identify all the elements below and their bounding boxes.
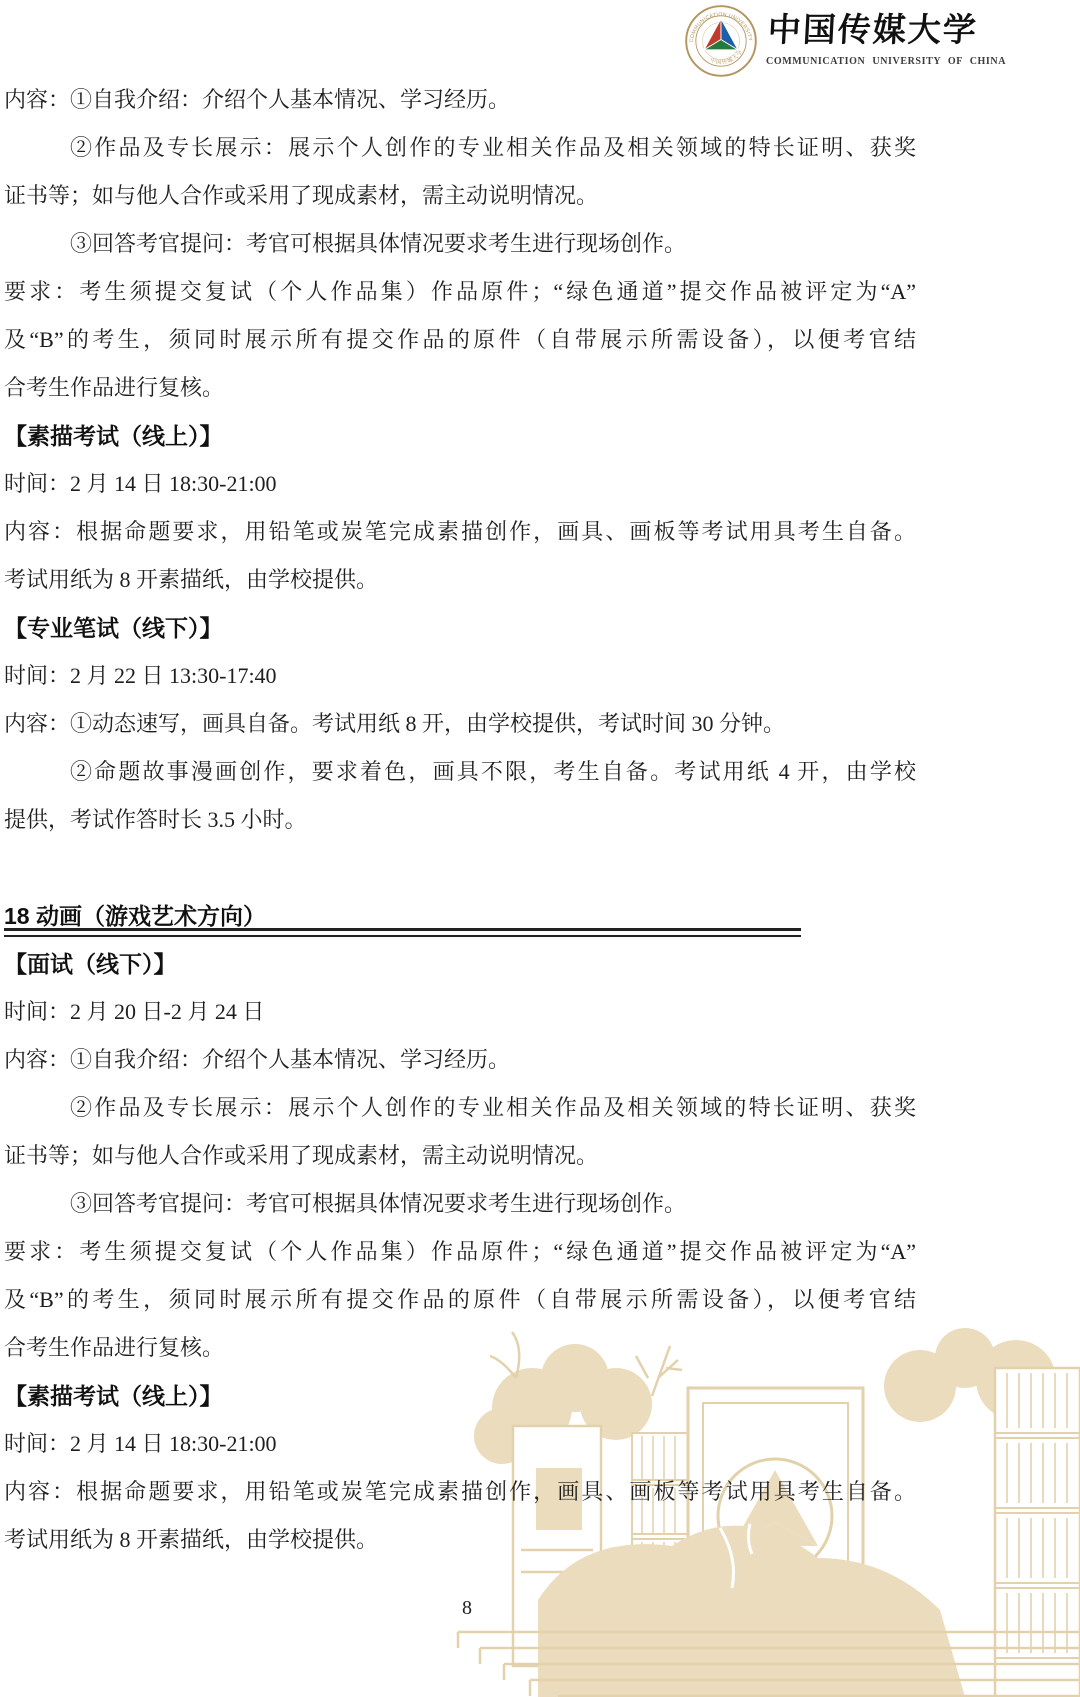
text-line-content: 【专业笔试（线下）】 [4,615,223,641]
text-line-content: ③回答考官提问：考官可根据具体情况要求考生进行现场创作。 [70,231,686,256]
text-line-content: 内容：①动态速写，画具自备。考试用纸 8 开，由学校提供，考试时间 30 分钟。 [4,711,785,736]
text-line-content: 18 动画（游戏艺术方向） [4,903,266,929]
text-line-content: 证书等；如与他人合作或采用了现成素材，需主动说明情况。 [4,183,598,208]
section-divider-rule [4,928,801,937]
text-line: ③回答考官提问：考官可根据具体情况要求考生进行现场创作。 [4,220,916,268]
section-heading: 18 动画（游戏艺术方向） [4,892,916,940]
text-line: 时间：2 月 22 日 13:30-17:40 [4,652,916,700]
text-line-content: 考试用纸为 8 开素描纸，由学校提供。 [4,1527,378,1552]
text-line-content: 内容：根据命题要求，用铅笔或炭笔完成素描创作，画具、画板等考试用具考生自备。 [4,519,916,544]
text-line: 要求：考生须提交复试（个人作品集）作品原件；“绿色通道”提交作品被评定为“A” [4,268,916,316]
text-line: 证书等；如与他人合作或采用了现成素材，需主动说明情况。 [4,172,916,220]
text-line-content: 内容：根据命题要求，用铅笔或炭笔完成素描创作，画具、画板等考试用具考生自备。 [4,1479,916,1504]
text-line-content: 提供，考试作答时长 3.5 小时。 [4,807,307,832]
university-name-cn: 中国传媒大学 [767,4,979,50]
text-line: 合考生作品进行复核。 [4,1324,916,1372]
document-page: COMMUNICATION UNIVERSITY OF CHINA 中国传媒大学… [0,0,1080,1697]
text-line: 内容：根据命题要求，用铅笔或炭笔完成素描创作，画具、画板等考试用具考生自备。 [4,508,916,556]
exam-heading: 【面试（线下）】 [4,940,916,988]
text-line: ②命题故事漫画创作，要求着色，画具不限，考生自备。考试用纸 4 开，由学校 [4,748,916,796]
exam-heading: 【素描考试（线上）】 [4,1372,916,1420]
text-line-content: 时间：2 月 22 日 13:30-17:40 [4,663,277,688]
text-line: 证书等；如与他人合作或采用了现成素材，需主动说明情况。 [4,1132,916,1180]
text-line-content: 及“B”的考生，须同时展示所有提交作品的原件（自带展示所需设备），以便考官结 [4,1287,916,1312]
text-line-content: 证书等；如与他人合作或采用了现成素材，需主动说明情况。 [4,1143,598,1168]
text-line-content: 时间：2 月 14 日 18:30-21:00 [4,471,277,496]
text-line: 时间：2 月 14 日 18:30-21:00 [4,1420,916,1468]
university-name-en: COMMUNICATION UNIVERSITY OF CHINA [766,56,1006,67]
text-line-content: ②作品及专长展示：展示个人创作的专业相关作品及相关领域的特长证明、获奖 [70,135,916,160]
text-line-content: 时间：2 月 20 日-2 月 24 日 [4,999,264,1024]
text-line: 及“B”的考生，须同时展示所有提交作品的原件（自带展示所需设备），以便考官结 [4,316,916,364]
text-line-content: 合考生作品进行复核。 [4,1335,224,1360]
text-line-content: ③回答考官提问：考官可根据具体情况要求考生进行现场创作。 [70,1191,686,1216]
text-line: 内容：①动态速写，画具自备。考试用纸 8 开，由学校提供，考试时间 30 分钟。 [4,700,916,748]
text-line: 要求：考生须提交复试（个人作品集）作品原件；“绿色通道”提交作品被评定为“A” [4,1228,916,1276]
text-line: ②作品及专长展示：展示个人创作的专业相关作品及相关领域的特长证明、获奖 [4,124,916,172]
text-line-content: 内容：①自我介绍：介绍个人基本情况、学习经历。 [4,87,510,112]
text-line: 提供，考试作答时长 3.5 小时。 [4,796,916,844]
university-logo: COMMUNICATION UNIVERSITY OF CHINA 中国传媒大学… [684,2,980,82]
text-line: 考试用纸为 8 开素描纸，由学校提供。 [4,556,916,604]
text-line-content: 合考生作品进行复核。 [4,375,224,400]
text-line: 内容：①自我介绍：介绍个人基本情况、学习经历。 [4,76,916,124]
text-line: 时间：2 月 20 日-2 月 24 日 [4,988,916,1036]
text-line-content: 考试用纸为 8 开素描纸，由学校提供。 [4,567,378,592]
text-line: ③回答考官提问：考官可根据具体情况要求考生进行现场创作。 [4,1180,916,1228]
text-line: 考试用纸为 8 开素描纸，由学校提供。 [4,1516,916,1564]
university-emblem-icon: COMMUNICATION UNIVERSITY OF CHINA 中国传媒大学 [684,4,758,78]
text-line-content: ②作品及专长展示：展示个人创作的专业相关作品及相关领域的特长证明、获奖 [70,1095,916,1120]
document-lines: 内容：①自我介绍：介绍个人基本情况、学习经历。②作品及专长展示：展示个人创作的专… [4,76,916,1564]
exam-heading: 【专业笔试（线下）】 [4,604,916,652]
blank-line [4,844,916,892]
exam-heading: 【素描考试（线上）】 [4,412,916,460]
text-line: 内容：①自我介绍：介绍个人基本情况、学习经历。 [4,1036,916,1084]
text-line-content: ②命题故事漫画创作，要求着色，画具不限，考生自备。考试用纸 4 开，由学校 [70,759,916,784]
text-line: 内容：根据命题要求，用铅笔或炭笔完成素描创作，画具、画板等考试用具考生自备。 [4,1468,916,1516]
text-line-content: 及“B”的考生，须同时展示所有提交作品的原件（自带展示所需设备），以便考官结 [4,327,916,352]
text-line: 合考生作品进行复核。 [4,364,916,412]
text-line-content: 【素描考试（线上）】 [4,423,223,449]
text-line-content: 【面试（线下）】 [4,951,177,977]
text-line: 及“B”的考生，须同时展示所有提交作品的原件（自带展示所需设备），以便考官结 [4,1276,916,1324]
page-number: 8 [452,1597,482,1620]
text-line-content: 要求：考生须提交复试（个人作品集）作品原件；“绿色通道”提交作品被评定为“A” [4,279,916,304]
text-line-content: 【素描考试（线上）】 [4,1383,223,1409]
text-line-content: 内容：①自我介绍：介绍个人基本情况、学习经历。 [4,1047,510,1072]
text-line: 时间：2 月 14 日 18:30-21:00 [4,460,916,508]
text-line-content: 要求：考生须提交复试（个人作品集）作品原件；“绿色通道”提交作品被评定为“A” [4,1239,916,1264]
text-line: ②作品及专长展示：展示个人创作的专业相关作品及相关领域的特长证明、获奖 [4,1084,916,1132]
text-line-content: 时间：2 月 14 日 18:30-21:00 [4,1431,277,1456]
